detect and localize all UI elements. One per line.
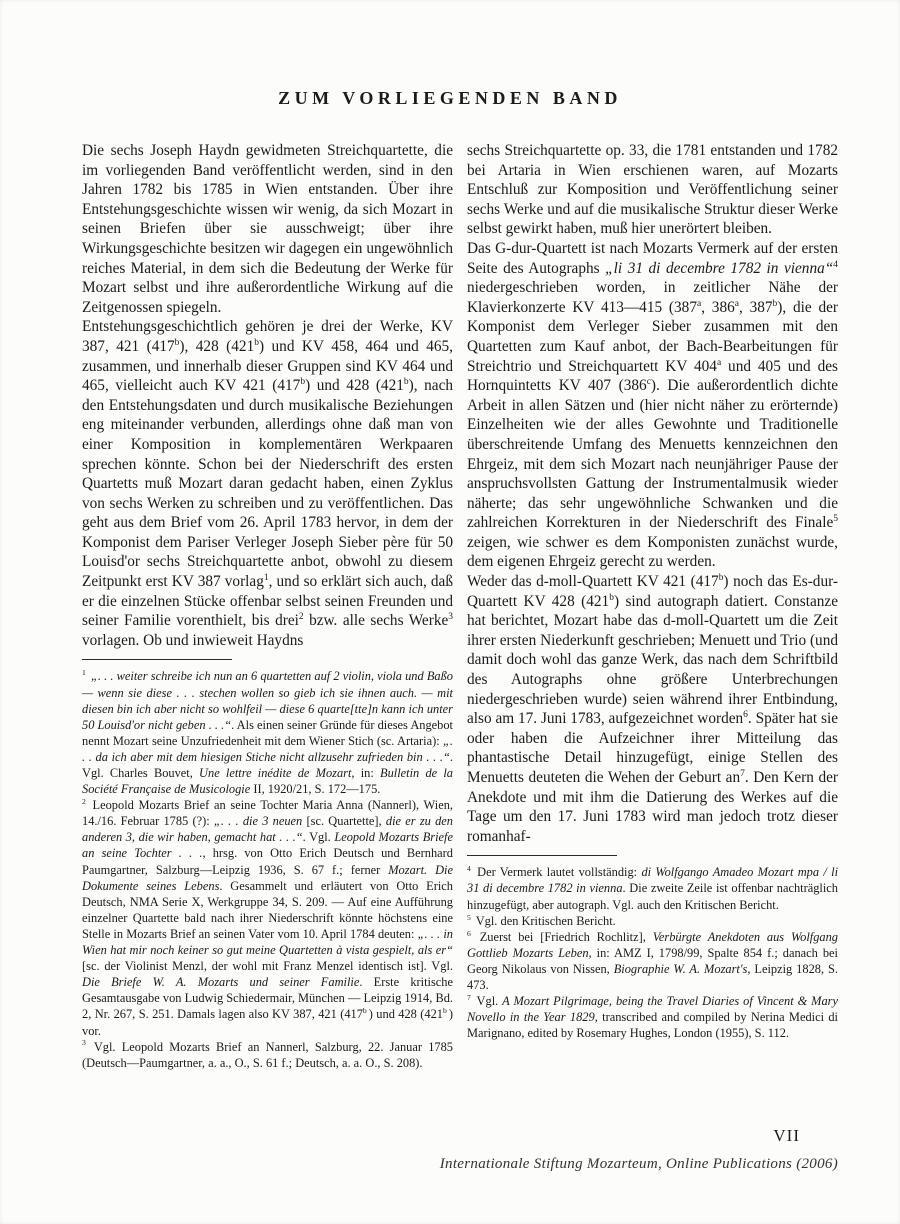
- paragraph: Entstehungsgeschichtlich gehören je drei…: [82, 317, 453, 650]
- footnote-separator: [82, 659, 232, 660]
- footnote-1: 1 „. . . weiter schreibe ich nun an 6 qu…: [82, 668, 453, 797]
- right-column-footnotes: 4 Der Vermerk lautet vollständig: di Wol…: [467, 864, 838, 1041]
- left-column-body: Die sechs Joseph Haydn gewidmeten Streic…: [82, 141, 453, 650]
- page-title: ZUM VORLIEGENDEN BAND: [0, 88, 900, 109]
- footnote-2: 2 Leopold Mozarts Brief an seine Tochter…: [82, 797, 453, 1038]
- publication-footer: Internationale Stiftung Mozarteum, Onlin…: [440, 1156, 838, 1173]
- footnote-separator: [467, 855, 617, 856]
- footnote-4: 4 Der Vermerk lautet vollständig: di Wol…: [467, 864, 838, 912]
- paragraph: Die sechs Joseph Haydn gewidmeten Streic…: [82, 141, 453, 317]
- paragraph: Weder das d-moll-Quartett KV 421 (417b) …: [467, 572, 838, 846]
- footnote-5: 5 Vgl. den Kritischen Bericht.: [467, 913, 838, 929]
- footnote-7: 7 Vgl. A Mozart Pilgrimage, being the Tr…: [467, 993, 838, 1041]
- right-column-body: sechs Streichquartette op. 33, die 1781 …: [467, 141, 838, 846]
- document-page: ZUM VORLIEGENDEN BAND Die sechs Joseph H…: [0, 0, 900, 1224]
- right-column: sechs Streichquartette op. 33, die 1781 …: [467, 141, 838, 1071]
- paragraph: sechs Streichquartette op. 33, die 1781 …: [467, 141, 838, 239]
- footnote-3: 3 Vgl. Leopold Mozarts Brief an Nannerl,…: [82, 1039, 453, 1071]
- left-column-footnotes: 1 „. . . weiter schreibe ich nun an 6 qu…: [82, 668, 453, 1070]
- paragraph: Das G-dur-Quartett ist nach Mozarts Verm…: [467, 239, 838, 572]
- page-number: VII: [773, 1126, 800, 1146]
- text-columns: Die sechs Joseph Haydn gewidmeten Streic…: [82, 141, 839, 1071]
- left-column: Die sechs Joseph Haydn gewidmeten Streic…: [82, 141, 453, 1071]
- footnote-6: 6 Zuerst bei [Friedrich Rochlitz], Verbü…: [467, 929, 838, 993]
